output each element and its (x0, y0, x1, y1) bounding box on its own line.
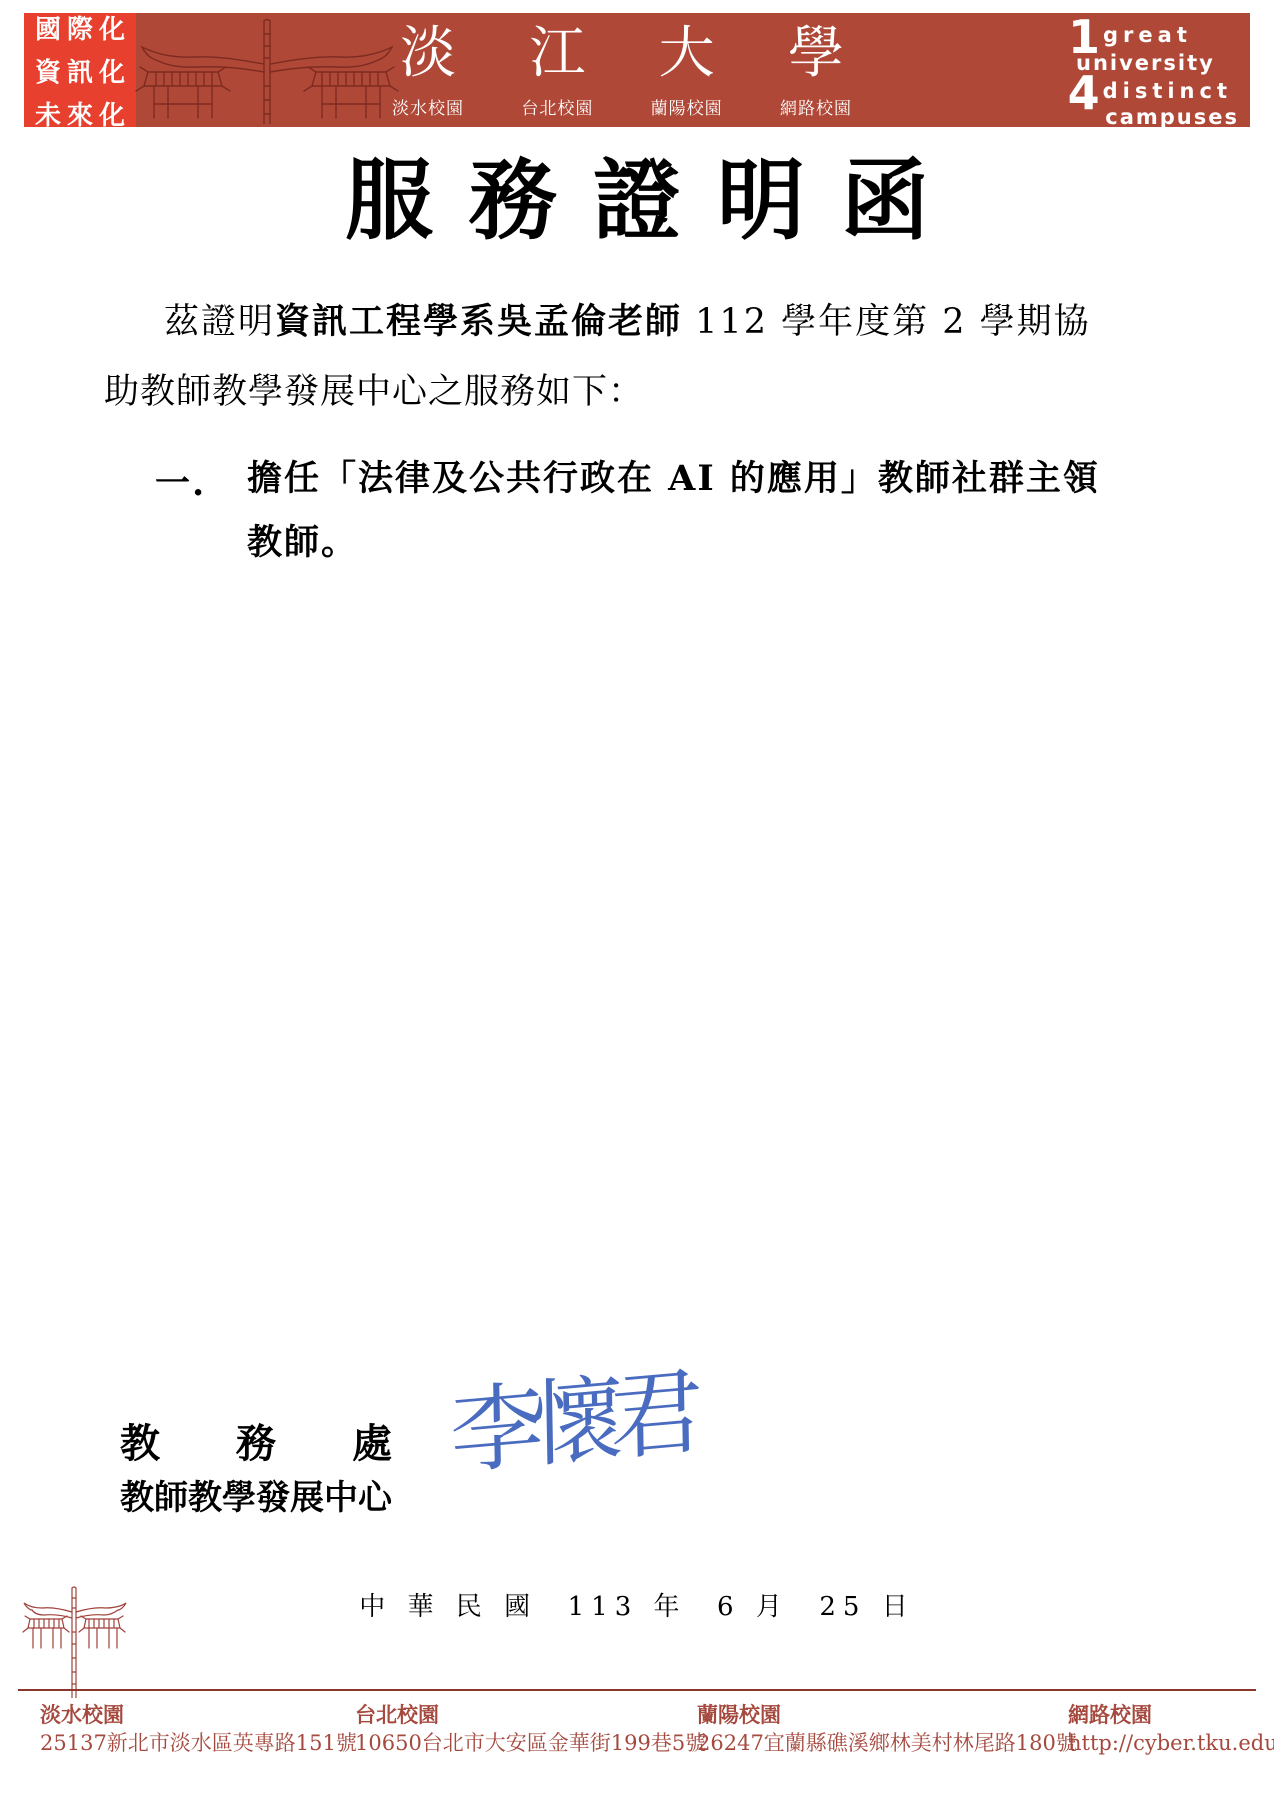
university-name-column: 學 網路校園 (780, 23, 852, 119)
footer-column-cyber: 網路校園 http://cyber.tku.edu.tw (1068, 1701, 1274, 1757)
footer-campus-name: 網路校園 (1068, 1701, 1274, 1728)
footer-campus-address: 26247宜蘭縣礁溪鄉林美村林尾路180號 (697, 1730, 1077, 1757)
university-gate-footer-icon (22, 1572, 128, 1698)
footer-campus-address: 10650台北市大安區金華街199巷5號 (355, 1730, 706, 1757)
logo-word-distinct: distinct (1103, 79, 1232, 103)
office-name-line2: 教師教學發展中心 (120, 1478, 392, 1518)
campus-label: 蘭陽校園 (651, 94, 723, 119)
footer-campus-url: http://cyber.tku.edu.tw (1068, 1730, 1274, 1757)
footer-campus-name: 台北校園 (355, 1701, 706, 1728)
list-item-line2: 教師。 (247, 520, 1100, 566)
letterhead-banner: 國際化 資訊化 未來化 淡 淡水校 (24, 13, 1250, 127)
teacher-name-bold: 資訊工程學系吳孟倫老師 (275, 301, 682, 342)
university-name: 淡 淡水校園 江 台北校園 大 蘭陽校園 學 網路校園 (392, 23, 852, 119)
logo-word-great: great (1103, 23, 1192, 47)
handwritten-signature: 李懷君 (449, 1357, 690, 1490)
service-certificate-document: 國際化 資訊化 未來化 淡 淡水校 (0, 0, 1274, 1801)
footer-column-lanyang: 蘭陽校園 26247宜蘭縣礁溪鄉林美村林尾路180號 (697, 1701, 1077, 1757)
seal-character: 江 (529, 23, 585, 85)
footer-divider-rule (18, 1689, 1256, 1691)
seal-character: 淡 (400, 23, 456, 85)
university-name-column: 江 台北校園 (521, 23, 593, 119)
footer-campus-name: 淡水校園 (40, 1701, 357, 1728)
slogan-line-internationalization: 國際化 (29, 9, 131, 46)
slogan-line-futurization: 未來化 (29, 95, 131, 132)
logo-numeral-4: 4 (1068, 73, 1100, 113)
footer-column-taipei: 台北校園 10650台北市大安區金華街199巷5號 (355, 1701, 706, 1757)
university-name-column: 淡 淡水校園 (392, 23, 464, 119)
list-item-text: 擔任「法律及公共行政在 AI 的應用」教師社群主領 教師。 (247, 456, 1100, 566)
list-item-number: 一. (155, 456, 247, 566)
seal-character: 學 (788, 23, 844, 85)
document-title: 服務證明函 (0, 148, 1274, 252)
footer-campus-address: 25137新北市淡水區英專路151號 (40, 1730, 357, 1757)
slogan-box: 國際化 資訊化 未來化 (24, 13, 136, 127)
footer-column-tamsui: 淡水校園 25137新北市淡水區英專路151號 (40, 1701, 357, 1757)
logo-word-campuses: campuses (1105, 105, 1239, 129)
document-date: 中 華 民 國 113 年 6 月 25 日 (0, 1586, 1274, 1623)
body-text-suffix: 112 學年度第 2 學期協 (682, 302, 1091, 342)
body-paragraph-line2: 助教師教學發展中心之服務如下： (104, 364, 644, 414)
university-gate-icon (132, 18, 402, 124)
campus-label: 網路校園 (780, 94, 852, 119)
list-item-line1: 擔任「法律及公共行政在 AI 的應用」教師社群主領 (247, 456, 1100, 502)
one-great-university-logo: 1 great university 4 distinct campuses (1042, 13, 1242, 127)
office-name-line1: 教務處 (120, 1422, 392, 1466)
campus-label: 台北校園 (521, 94, 593, 119)
university-name-column: 大 蘭陽校園 (651, 23, 723, 119)
issuing-office-block: 教務處 教師教學發展中心 (120, 1422, 392, 1518)
footer-campus-name: 蘭陽校園 (697, 1701, 1077, 1728)
body-paragraph-line1: 茲證明資訊工程學系吳孟倫老師 112 學年度第 2 學期協 (100, 294, 1091, 344)
service-list-item: 一. 擔任「法律及公共行政在 AI 的應用」教師社群主領 教師。 (155, 456, 1100, 566)
body-text-prefix: 茲證明 (164, 302, 275, 342)
campus-label: 淡水校園 (392, 94, 464, 119)
slogan-line-informatization: 資訊化 (29, 52, 131, 89)
seal-character: 大 (659, 23, 715, 85)
